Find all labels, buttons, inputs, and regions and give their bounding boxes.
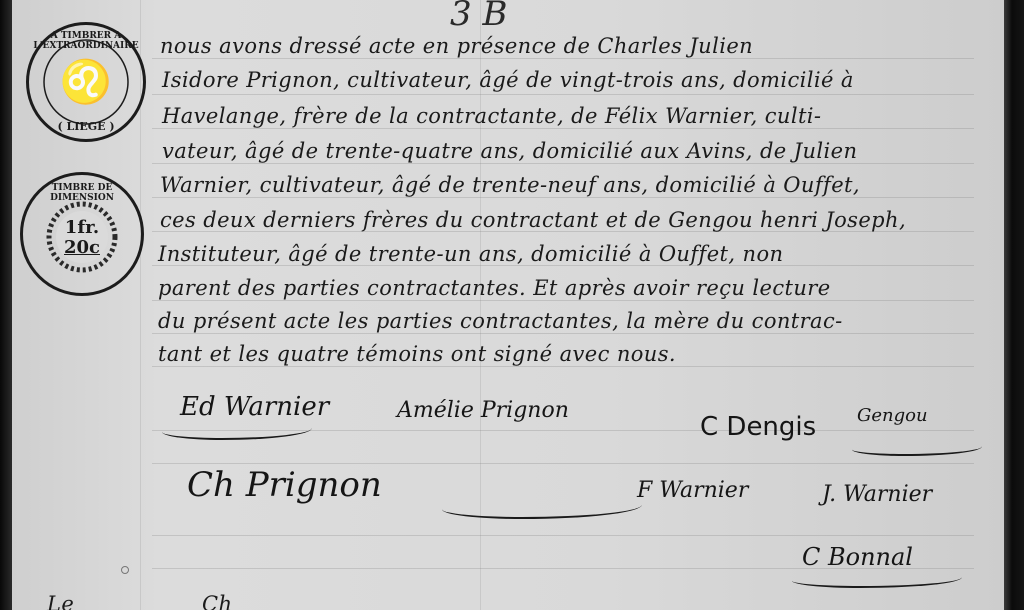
ruling-line (152, 163, 974, 164)
paper-speck (121, 566, 129, 574)
body-line: nous avons dressé acte en présence de Ch… (160, 34, 753, 58)
body-line: Instituteur, âgé de trente-un ans, domic… (158, 242, 783, 266)
left-binding-edge (0, 0, 12, 610)
dimension-stamp: TIMBRE DE DIMENSION 1fr. 20c (20, 172, 144, 296)
right-binding-edge (1004, 0, 1024, 610)
next-entry-partial: Ch (202, 592, 232, 610)
signature: C Dengis (700, 412, 816, 442)
body-line: du présent acte les parties contractante… (158, 309, 843, 333)
stamp-city-text: ( LIEGE ) (29, 120, 143, 133)
stamp-ring-text: TIMBRE DE DIMENSION (23, 183, 141, 203)
stamp-ring-text: A TIMBRER A L'EXTRAORDINAIRE (29, 31, 143, 51)
extraordinary-stamp: A TIMBRER A L'EXTRAORDINAIRE ♌ ( LIEGE ) (26, 22, 146, 142)
ruling-line (152, 300, 974, 301)
signature: Ch Prignon (187, 465, 382, 505)
signature: Ed Warnier (180, 392, 329, 422)
body-line: vateur, âgé de trente-quatre ans, domici… (162, 139, 857, 163)
ruling-line (152, 58, 974, 59)
ruling-line (152, 94, 974, 95)
body-line: tant et les quatre témoins ont signé ave… (158, 342, 676, 366)
body-line: ces deux derniers frères du contractant … (160, 208, 906, 232)
ruling-line (152, 197, 974, 198)
signature: Amélie Prignon (397, 398, 569, 423)
stamp-value-francs: 1fr. (64, 218, 100, 238)
signature: J. Warnier (822, 482, 932, 507)
signature-flourish (792, 570, 962, 588)
margin-annotation: 3 B (450, 0, 507, 34)
body-line: Isidore Prignon, cultivateur, âgé de vin… (162, 68, 854, 92)
stamp-value: 1fr. 20c (64, 218, 100, 258)
signature-flourish (162, 420, 312, 440)
next-entry-partial: Le (47, 592, 74, 610)
ruling-line (152, 333, 974, 334)
body-line: parent des parties contractantes. Et apr… (158, 276, 831, 300)
stamp-value-centimes: 20c (64, 238, 100, 258)
lion-emblem-icon: ♌ (60, 61, 112, 103)
ruling-line (152, 366, 974, 367)
ruling-line (152, 128, 974, 129)
signature: Gengou (857, 405, 928, 426)
ruling-line (152, 535, 974, 536)
body-line: Havelange, frère de la contractante, de … (162, 104, 821, 128)
body-line: Warnier, cultivateur, âgé de trente-neuf… (160, 173, 860, 197)
register-page: A TIMBRER A L'EXTRAORDINAIRE ♌ ( LIEGE )… (12, 0, 1004, 610)
signature-flourish (442, 495, 642, 519)
signature: C Bonnal (802, 543, 913, 571)
signature-flourish (852, 440, 982, 456)
signature: F Warnier (637, 478, 748, 503)
ruling-line (152, 463, 974, 464)
